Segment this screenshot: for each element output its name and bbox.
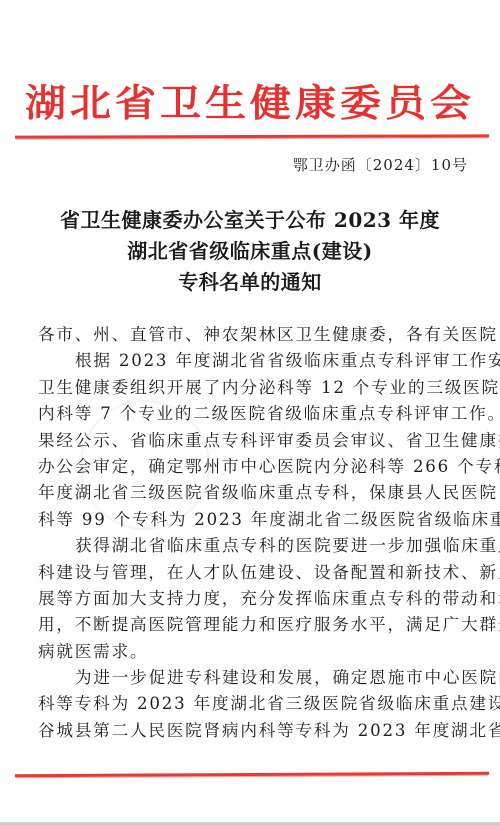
paragraph-3-line: 谷城县第二人民医院肾病内科等专科为 2023 年度湖北省二级医 xyxy=(38,718,476,744)
title-line: 专科名单的通知 xyxy=(0,267,500,298)
footer-red-rule xyxy=(15,772,489,777)
header-red-rule xyxy=(15,134,489,138)
paragraph-1-line: 果经公示、省临床重点专科评审委员会审议、省卫生健康委主任 xyxy=(38,428,476,454)
title-line: 省卫生健康委办公室关于公布 2023 年度 xyxy=(0,205,500,236)
title-line: 湖北省省级临床重点(建设) xyxy=(0,236,500,267)
document-number: 鄂卫办函〔2024〕10号 xyxy=(293,154,468,175)
paragraph-1-line: 办公会审定，确定鄂州市中心医院内分泌科等 266 个专科为 2023 xyxy=(38,454,476,480)
paragraph-2-line: 获得湖北省临床重点专科的医院要进一步加强临床重点专 xyxy=(38,533,476,559)
paragraph-2-line: 科建设与管理，在人才队伍建设、设备配置和新技术、新业务开 xyxy=(38,560,476,586)
document-page: 湖北省卫生健康委员会 鄂卫办函〔2024〕10号 省卫生健康委办公室关于公布 2… xyxy=(0,0,500,825)
paragraph-3-line: 科等专科为 2023 年度湖北省三级医院省级临床重点建设专科， xyxy=(38,691,476,717)
paragraph-1-line: 根据 2023 年度湖北省省级临床重点专科评审工作安排，省 xyxy=(38,348,476,374)
paragraph-3-line: 为进一步促进专科建设和发展，确定恩施市中心医院内分泌 xyxy=(38,665,476,691)
paragraph-1-line: 科等 99 个专科为 2023 年度湖北省二级医院省级临床重点专科。 xyxy=(38,507,476,533)
paragraph-1-line: 内科等 7 个专业的二级医院省级临床重点专科评审工作。评审结 xyxy=(38,401,476,427)
paragraph-1-line: 年度湖北省三级医院省级临床重点专科，保康县人民医院肾病内 xyxy=(38,480,476,506)
paragraph-2-line: 病就医需求。 xyxy=(38,639,476,665)
paragraph-2-line: 展等方面加大支持力度，充分发挥临床重点专科的带动和示范作 xyxy=(38,586,476,612)
salutation: 各市、州、直管市、神农架林区卫生健康委，各有关医院： xyxy=(38,322,476,348)
paragraph-1-line: 卫生健康委组织开展了内分泌科等 12 个专业的三级医院和肾病 xyxy=(38,375,476,401)
organization-header: 湖北省卫生健康委员会 xyxy=(0,80,500,126)
document-title: 省卫生健康委办公室关于公布 2023 年度 湖北省省级临床重点(建设) 专科名单… xyxy=(0,205,500,298)
document-body: 各市、州、直管市、神农架林区卫生健康委，各有关医院： 根据 2023 年度湖北省… xyxy=(38,322,476,744)
paragraph-2-line: 用，不断提高医院管理能力和医疗服务水平，满足广大群众的看 xyxy=(38,612,476,638)
